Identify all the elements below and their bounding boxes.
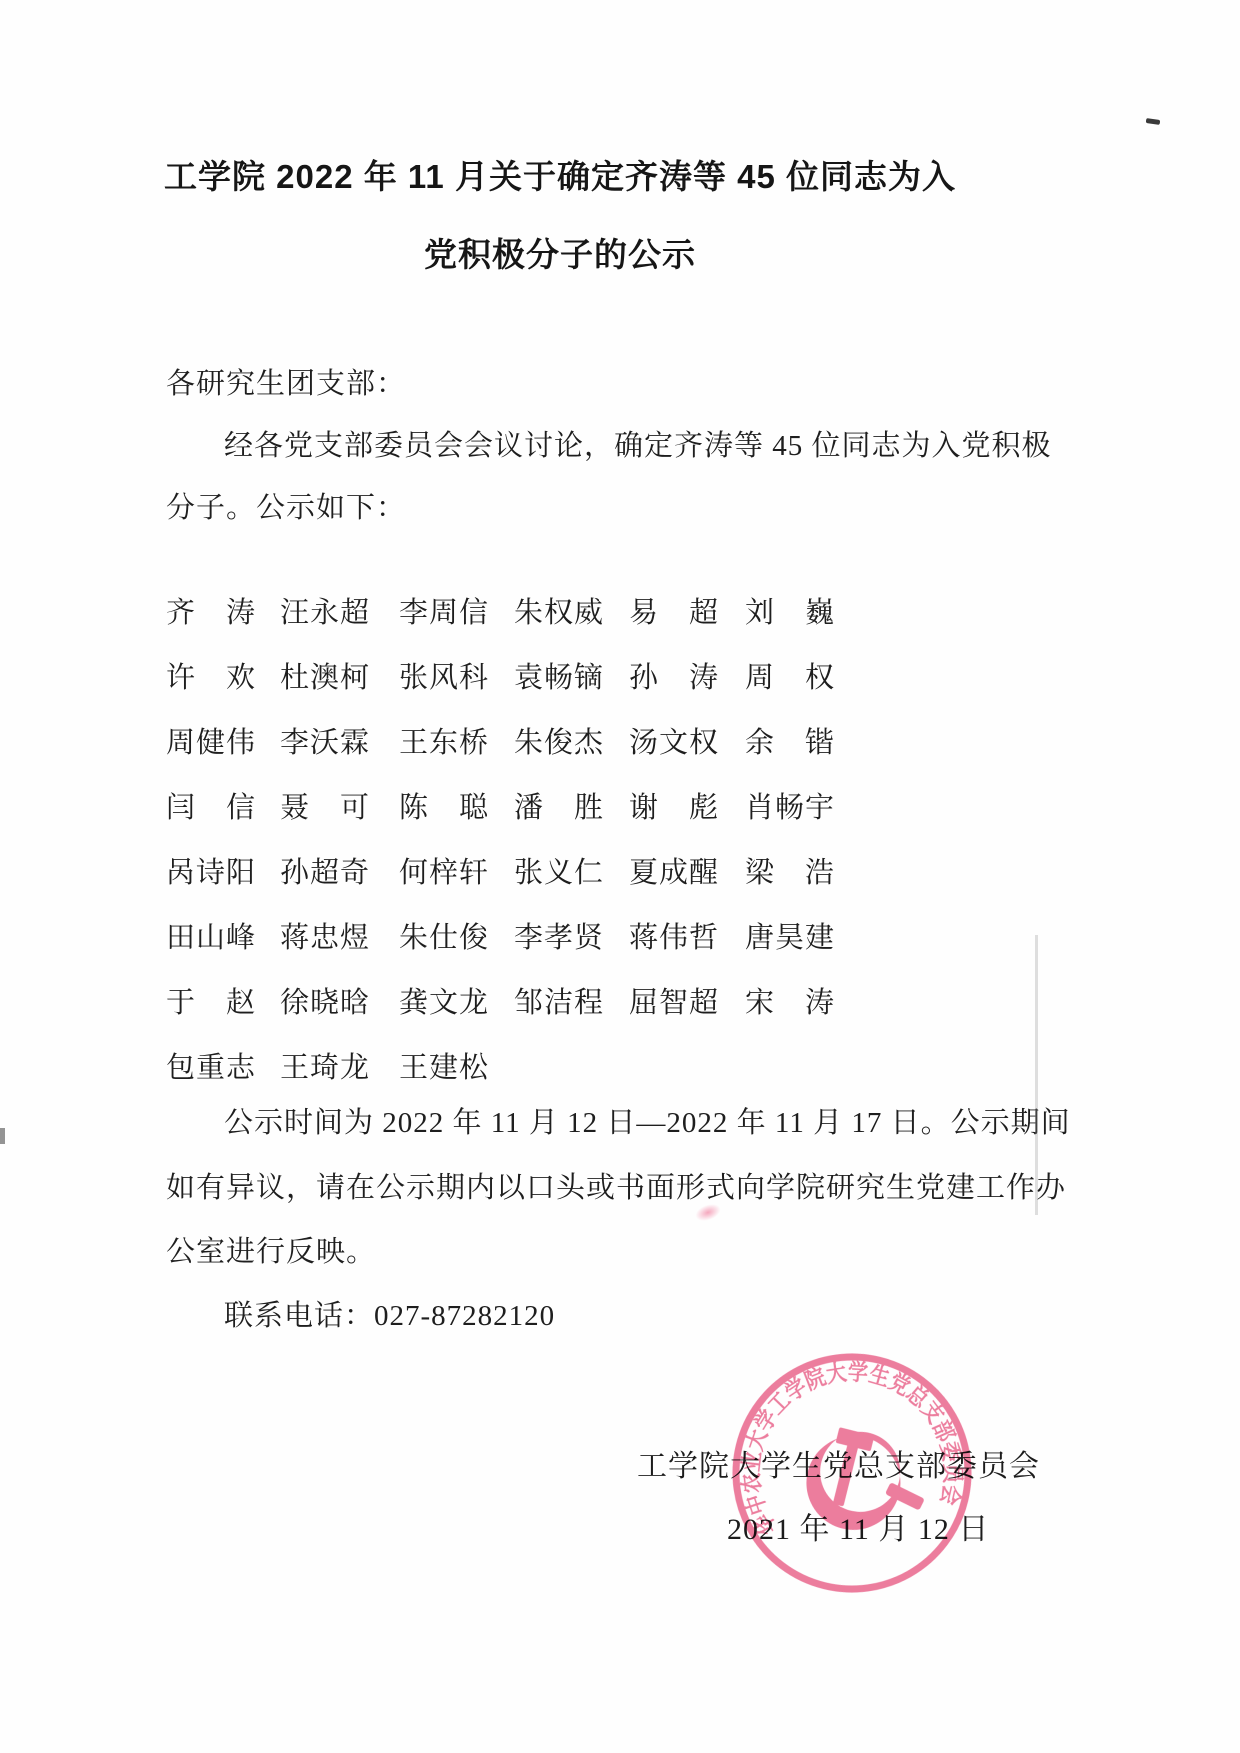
name-cell: 蒋忠煜 [280, 903, 399, 968]
name-cell: 徐晓晗 [280, 968, 399, 1033]
name-cell [745, 1033, 840, 1098]
name-cell: 刘 巍 [745, 578, 840, 643]
name-cell: 王东桥 [399, 708, 514, 773]
name-cell: 陈 聪 [399, 773, 514, 838]
page-title-line2: 党积极分子的公示 [60, 216, 1060, 294]
scan-artifact-dash [1146, 118, 1161, 125]
name-cell: 李周信 [399, 578, 514, 643]
scan-artifact-edge-mark [0, 1128, 5, 1144]
page-title: 工学院 2022 年 11 月关于确定齐涛等 45 位同志为入 党积极分子的公示 [60, 138, 1060, 294]
scanned-notice-page: 工学院 2022 年 11 月关于确定齐涛等 45 位同志为入 党积极分子的公示… [0, 0, 1240, 1753]
paragraph1-line1: 经各党支部委员会会议讨论，确定齐涛等 45 位同志为入党积极 [224, 428, 1052, 464]
name-cell: 肖畅宇 [745, 773, 840, 838]
name-cell: 许 欢 [166, 643, 280, 708]
name-cell: 谢 彪 [629, 773, 745, 838]
name-cell: 宋 涛 [745, 968, 840, 1033]
name-cell: 田山峰 [166, 903, 280, 968]
name-cell: 唐昊建 [745, 903, 840, 968]
paragraph2-line3: 公室进行反映。 [166, 1234, 376, 1270]
name-cell: 朱仕俊 [399, 903, 514, 968]
paragraph2-line1: 公示时间为 2022 年 11 月 12 日—2022 年 11 月 17 日。… [224, 1105, 1071, 1141]
name-cell: 李孝贤 [514, 903, 629, 968]
name-cell: 张义仁 [514, 838, 629, 903]
name-cell: 聂 可 [280, 773, 399, 838]
name-cell: 汤文权 [629, 708, 745, 773]
name-cell: 李沃霖 [280, 708, 399, 773]
name-cell [629, 1033, 745, 1098]
name-cell: 孙超奇 [280, 838, 399, 903]
official-seal: 华中农业大学工学院大学生党总支部委员会 [705, 1326, 999, 1620]
name-cell: 袁畅镝 [514, 643, 629, 708]
name-cell: 包重志 [166, 1033, 280, 1098]
paragraph1-line2: 分子。公示如下： [166, 490, 406, 526]
name-cell: 张风科 [399, 643, 514, 708]
name-cell: 王琦龙 [280, 1033, 399, 1098]
name-cell: 蒋伟哲 [629, 903, 745, 968]
name-cell: 邹洁程 [514, 968, 629, 1033]
scan-artifact-streak [1035, 935, 1038, 1215]
name-cell: 易 超 [629, 578, 745, 643]
name-cell: 何梓轩 [399, 838, 514, 903]
name-cell: 周 权 [745, 643, 840, 708]
paragraph2-line2: 如有异议，请在公示期内以口头或书面形式向学院研究生党建工作办 [166, 1170, 1066, 1206]
name-cell: 于 赵 [166, 968, 280, 1033]
name-cell: 闫 信 [166, 773, 280, 838]
contact-phone: 联系电话：027-87282120 [224, 1298, 555, 1334]
name-cell: 周健伟 [166, 708, 280, 773]
name-cell: 龚文龙 [399, 968, 514, 1033]
names-list: 齐 涛 汪永超 李周信 朱权威 易 超 刘 巍 许 欢 杜澳柯 张风科 袁畅镝 … [166, 578, 840, 1098]
name-cell: 夏成醒 [629, 838, 745, 903]
name-cell: 孙 涛 [629, 643, 745, 708]
name-cell [514, 1033, 629, 1098]
name-cell: 杜澳柯 [280, 643, 399, 708]
name-cell: 屈智超 [629, 968, 745, 1033]
salutation: 各研究生团支部： [166, 366, 406, 402]
hammer-sickle-icon [787, 1407, 929, 1551]
name-cell: 朱权威 [514, 578, 629, 643]
name-cell: 潘 胜 [514, 773, 629, 838]
page-title-line1: 工学院 2022 年 11 月关于确定齐涛等 45 位同志为入 [60, 138, 1060, 216]
name-cell: 王建松 [399, 1033, 514, 1098]
name-cell: 余 锴 [745, 708, 840, 773]
name-cell: 呙诗阳 [166, 838, 280, 903]
name-cell: 汪永超 [280, 578, 399, 643]
name-cell: 梁 浩 [745, 838, 840, 903]
name-cell: 朱俊杰 [514, 708, 629, 773]
name-cell: 齐 涛 [166, 578, 280, 643]
official-seal-graphic: 华中农业大学工学院大学生党总支部委员会 [705, 1326, 999, 1620]
